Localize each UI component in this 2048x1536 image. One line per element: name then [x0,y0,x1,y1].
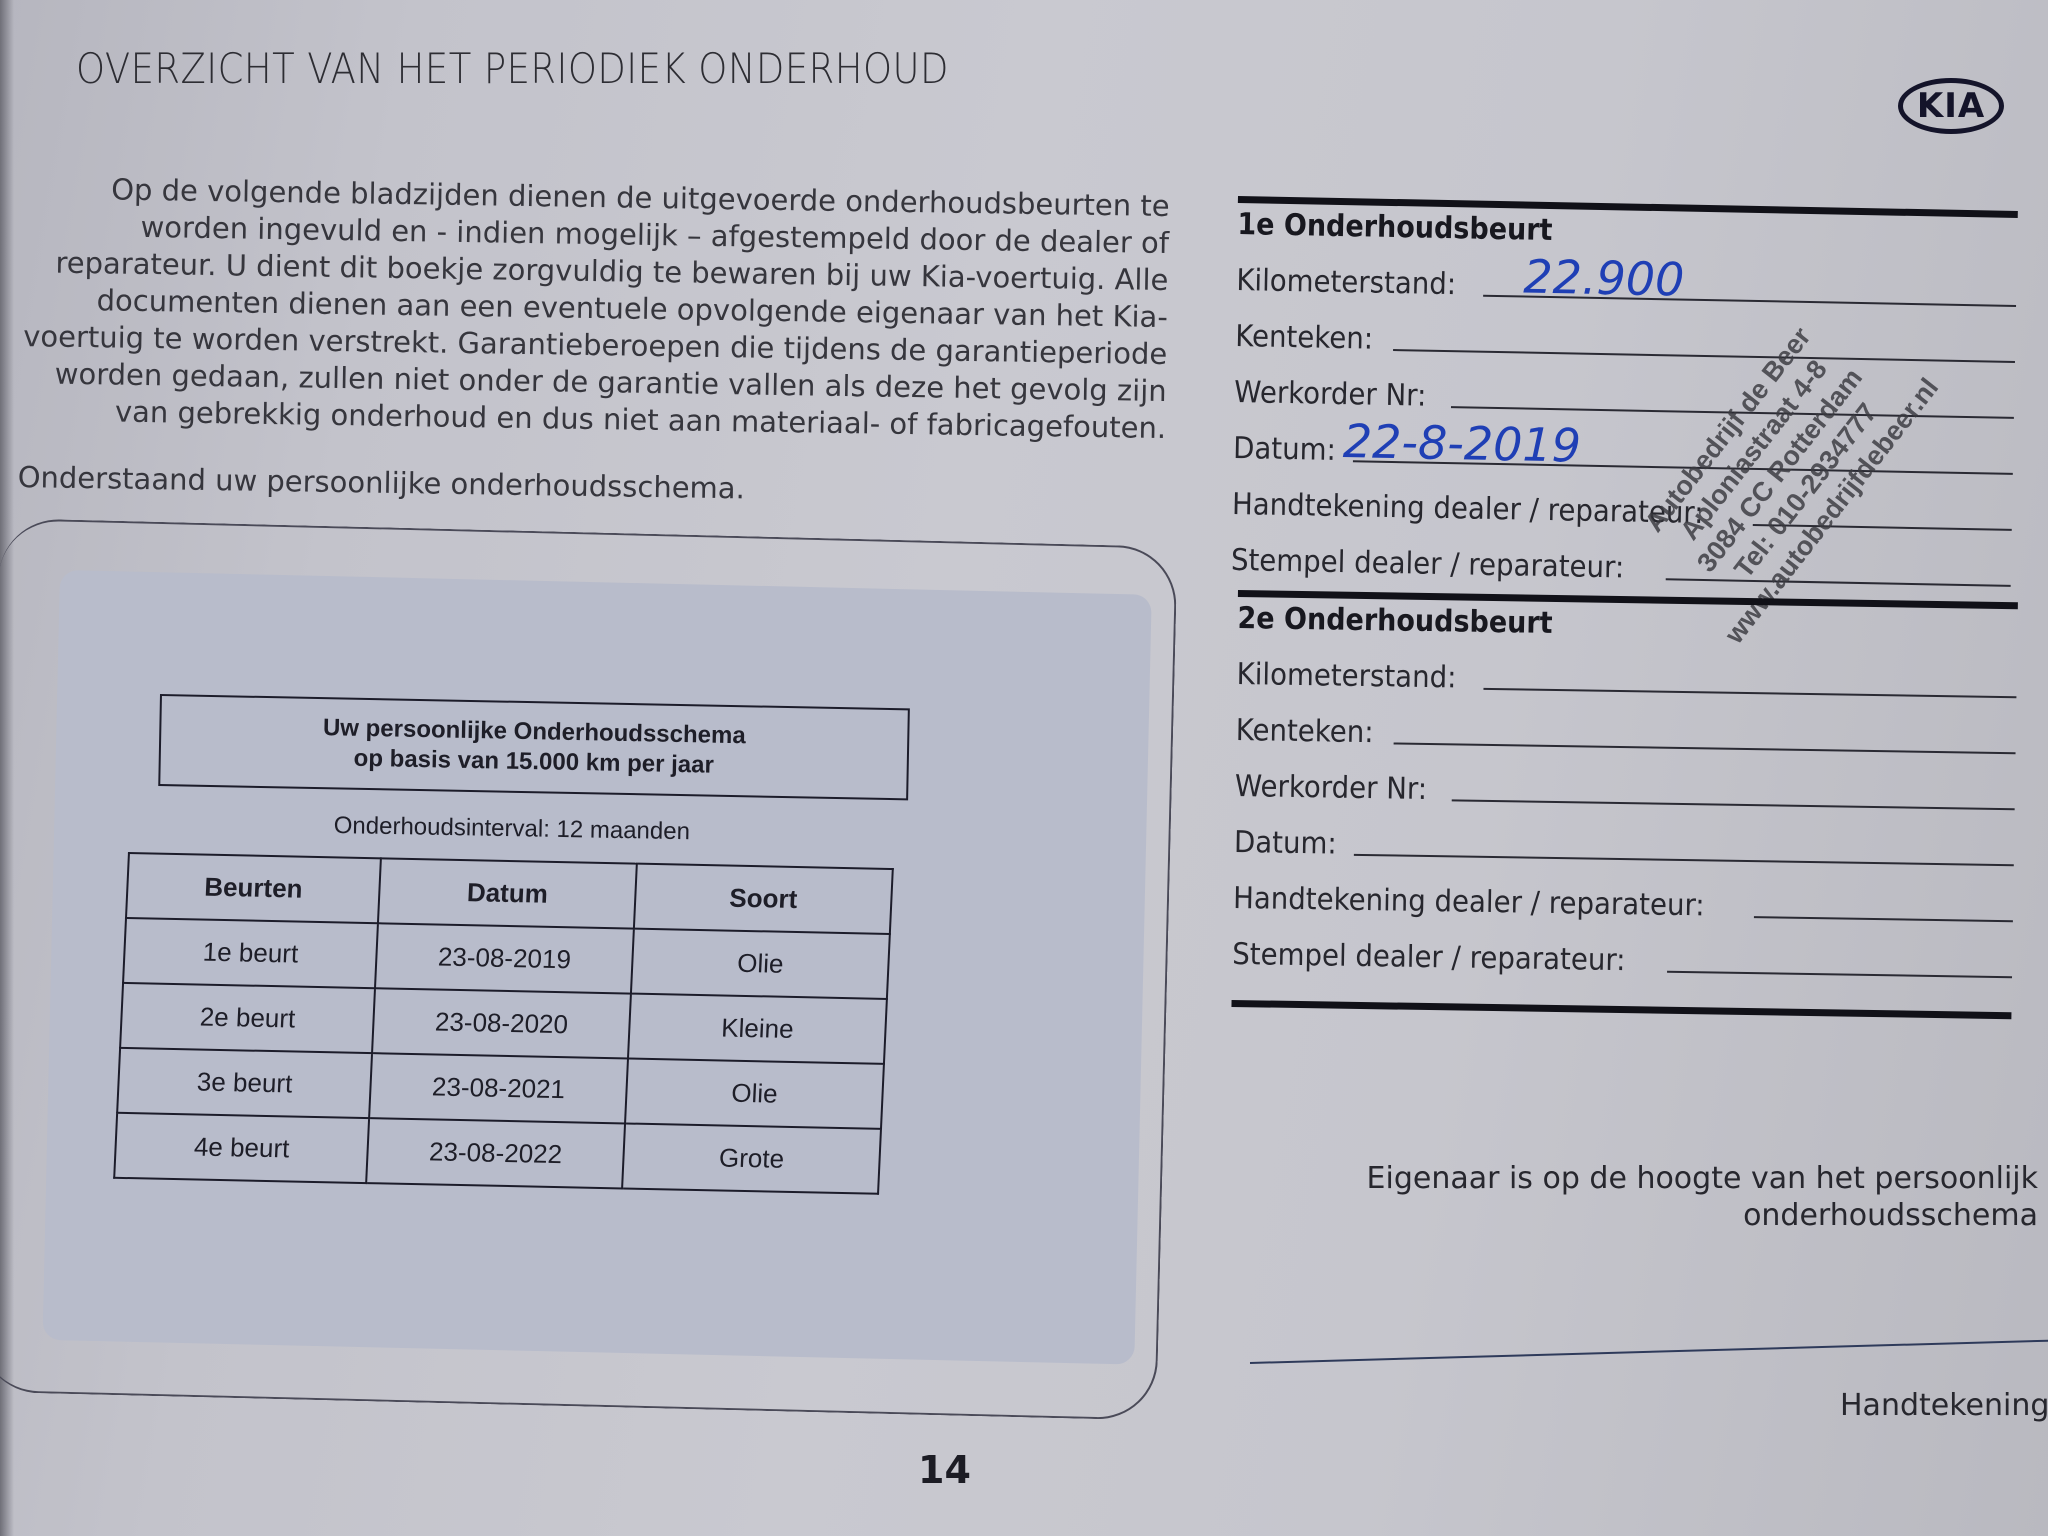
service-cell: 2e beurt [120,983,375,1053]
field-label: Handtekening dealer / reparateur: [1233,881,1705,923]
service2-form: 2e Onderhoudsbeurt Kilometerstand:Kentek… [1231,590,2017,1019]
field-label: Werkorder Nr: [1235,769,1428,807]
date-cell: 23-08-2019 [375,923,634,993]
owner-signature-label: Handtekening [1840,1388,2048,1423]
field-label: Stempel dealer / reparateur: [1232,937,1626,978]
schema-header-box: Uw persoonlijke Onderhoudsschema op basi… [158,694,910,800]
maintenance-schedule-table: Beurten Datum Soort 1e beurt23-08-2019Ol… [113,852,894,1195]
date-cell: 23-08-2022 [366,1118,625,1188]
column-header: Datum [378,858,637,928]
owner-signature-line[interactable] [1250,1339,2048,1364]
type-cell: Olie [631,929,890,999]
type-cell: Olie [625,1059,884,1129]
service-cell: 3e beurt [117,1048,372,1118]
owner-note-line2: onderhoudsschema [1278,1197,2038,1234]
field-label: Kenteken: [1235,319,1373,357]
dealer-stamp: Autobedrijf de BeerAploniastraat 4-83084… [1560,300,2000,640]
schema-header-line2: op basis van 15.000 km per jaar [353,744,714,781]
handwritten-value: 22-8-2019 [1342,414,1581,473]
field-label: Datum: [1233,431,1336,468]
kia-logo-icon: KIA [1898,78,2004,134]
owner-note-line1: Eigenaar is op de hoogte van het persoon… [1278,1160,2038,1197]
field-label: Datum: [1234,825,1337,862]
section-rule [1231,1000,2011,1019]
intro-paragraph: Op de volgende bladzijden dienen de uitg… [16,170,1170,447]
field-label: Kilometerstand: [1236,263,1456,302]
date-cell: 23-08-2020 [372,988,631,1058]
field-input-line[interactable] [1753,916,2012,922]
page-number: 14 [918,1448,971,1492]
service-cell: 4e beurt [114,1113,369,1183]
column-header: Beurten [126,853,381,923]
handwritten-value: 22.900 [1523,249,1685,306]
date-cell: 23-08-2021 [369,1053,628,1123]
type-cell: Kleine [628,994,887,1064]
page-title: OVERZICHT VAN HET PERIODIEK ONDERHOUD [76,44,949,93]
field-input-line[interactable] [1668,971,2013,978]
field-label: Werkorder Nr: [1234,375,1427,414]
field-label: Kilometerstand: [1236,657,1456,695]
owner-note: Eigenaar is op de hoogte van het persoon… [1278,1160,2038,1234]
column-header: Soort [634,864,893,934]
schema-intro-text: Onderstaand uw persoonlijke onderhoudssc… [17,460,745,505]
form-field: Stempel dealer / reparateur: [1232,916,2013,984]
type-cell: Grote [622,1123,881,1193]
field-label: Kenteken: [1236,713,1374,750]
service-cell: 1e beurt [123,918,378,988]
